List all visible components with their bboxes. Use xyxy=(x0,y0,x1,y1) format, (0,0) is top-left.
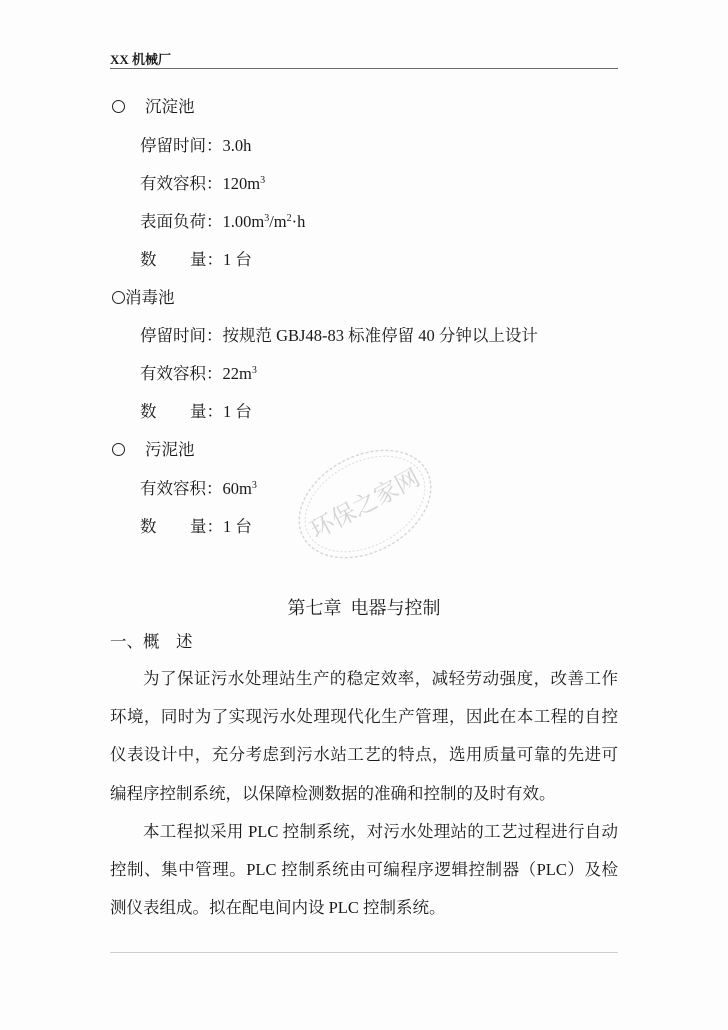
section-title: 沉淀池 xyxy=(145,97,195,116)
spec-superscript: 3 xyxy=(260,175,265,186)
spec-value: 60m xyxy=(223,479,252,498)
spec-label-a: 数 xyxy=(140,402,190,422)
spec-row: 数量：1 台 xyxy=(140,250,252,270)
spec-label: 有效容积： xyxy=(140,174,223,193)
chapter-title: 第七章 电器与控制 xyxy=(0,594,728,620)
section-heading-disinfection: 消毒池 xyxy=(112,288,175,308)
spec-superscript: 3 xyxy=(252,480,257,491)
spec-row: 停留时间：3.0h xyxy=(140,136,251,156)
subsection-title: 一、概 述 xyxy=(110,632,193,652)
spec-value: 22m xyxy=(223,364,252,383)
circle-bullet-icon xyxy=(112,100,125,113)
footer-divider xyxy=(110,952,618,953)
circle-bullet-icon xyxy=(112,443,125,456)
spec-value: 1 台 xyxy=(223,517,252,536)
spec-value: 按规范 GBJ48-83 标准停留 40 分钟以上设计 xyxy=(223,326,538,345)
spec-label: 停留时间： xyxy=(140,136,223,155)
header-divider xyxy=(110,68,618,69)
circle-bullet-icon xyxy=(112,291,125,304)
spec-value: 120m xyxy=(223,174,261,193)
spec-label: 有效容积： xyxy=(140,479,223,498)
spec-row: 数量：1 台 xyxy=(140,517,252,537)
spec-row: 数量：1 台 xyxy=(140,402,252,422)
page-header-title: XX 机械厂 xyxy=(110,49,171,68)
spec-row: 有效容积：22m3 xyxy=(140,364,257,384)
section-title: 消毒池 xyxy=(125,288,175,307)
spec-row: 表面负荷：1.00m3/m2·h xyxy=(140,212,305,232)
spec-value: 1 台 xyxy=(223,250,252,269)
spec-row: 停留时间：按规范 GBJ48-83 标准停留 40 分钟以上设计 xyxy=(140,326,538,346)
spec-label: 有效容积： xyxy=(140,364,223,383)
spec-value: 3.0h xyxy=(223,136,252,155)
spec-row: 有效容积：120m3 xyxy=(140,174,265,194)
body-paragraph: 本工程拟采用 PLC 控制系统，对污水处理站的工艺过程进行自动控制、集中管理。P… xyxy=(110,813,618,928)
spec-row: 有效容积：60m3 xyxy=(140,479,257,499)
section-heading-sedimentation: 沉淀池 xyxy=(112,97,195,117)
spec-superscript: 3 xyxy=(252,365,257,376)
watermark-stamp-icon: 环保之家网 xyxy=(290,448,440,560)
spec-value: /m xyxy=(269,212,286,231)
spec-label: 表面负荷： xyxy=(140,212,223,231)
spec-value: 1 台 xyxy=(223,402,252,421)
spec-label-b: 量： xyxy=(190,517,223,536)
spec-value: 1.00m xyxy=(223,212,265,231)
section-heading-sludge: 污泥池 xyxy=(112,440,195,460)
body-paragraph: 为了保证污水处理站生产的稳定效率，减轻劳动强度，改善工作环境，同时为了实现污水处… xyxy=(110,660,618,813)
spec-label-a: 数 xyxy=(140,250,190,270)
spec-value: ·h xyxy=(292,212,306,231)
spec-label: 停留时间： xyxy=(140,326,223,345)
section-title: 污泥池 xyxy=(145,440,195,459)
spec-label-b: 量： xyxy=(190,402,223,421)
spec-label-b: 量： xyxy=(190,250,223,269)
spec-label-a: 数 xyxy=(140,517,190,537)
